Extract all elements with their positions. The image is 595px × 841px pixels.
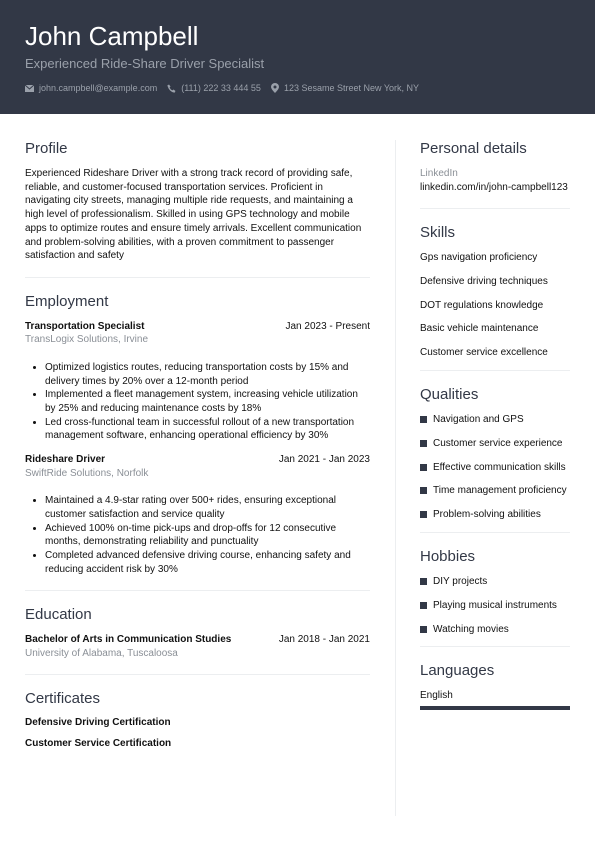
quality-item: Customer service experience <box>420 437 570 450</box>
degree: Bachelor of Arts in Communication Studie… <box>25 633 231 647</box>
contact-email[interactable]: john.campbell@example.com <box>25 83 157 93</box>
education-section: Education Bachelor of Arts in Communicat… <box>25 606 370 660</box>
hobby-label: Playing musical instruments <box>433 599 557 612</box>
job-role: Transportation Specialist <box>25 320 144 334</box>
section-separator <box>420 646 570 647</box>
square-bullet-icon <box>420 416 427 423</box>
school: University of Alabama, Tuscaloosa <box>25 647 370 661</box>
language-proficiency-fill <box>420 706 570 710</box>
skill-item: Customer service excellence <box>420 346 570 359</box>
quality-label: Time management proficiency <box>433 484 567 497</box>
education-entry: Bachelor of Arts in Communication Studie… <box>25 633 370 660</box>
section-heading-qualities: Qualities <box>420 386 570 403</box>
linkedin-label: LinkedIn <box>420 167 570 181</box>
certificate-item: Defensive Driving Certification <box>25 717 370 728</box>
profile-section: Profile Experienced Rideshare Driver wit… <box>25 140 370 263</box>
job-achievements: Maintained a 4.9-star rating over 500+ r… <box>45 494 370 576</box>
achievement-item: Completed advanced defensive driving cou… <box>45 549 370 576</box>
phone-icon <box>167 84 176 93</box>
candidate-title: Experienced Ride-Share Driver Specialist <box>25 56 264 71</box>
quality-item: Time management proficiency <box>420 484 570 497</box>
contact-phone[interactable]: (111) 222 33 444 55 <box>167 83 261 93</box>
achievement-item: Implemented a fleet management system, i… <box>45 388 370 415</box>
contact-address: 123 Sesame Street New York, NY <box>271 83 419 93</box>
section-separator <box>25 590 370 591</box>
education-dates: Jan 2018 - Jan 2021 <box>279 633 370 647</box>
section-heading-education: Education <box>25 606 370 623</box>
square-bullet-icon <box>420 511 427 518</box>
job-dates: Jan 2023 - Present <box>286 320 371 334</box>
hobby-item: DIY projects <box>420 575 570 588</box>
map-pin-icon <box>271 83 279 93</box>
language-proficiency-bar <box>420 706 570 710</box>
job-entry: Rideshare Driver Jan 2021 - Jan 2023 Swi… <box>25 453 370 576</box>
contact-email-text: john.campbell@example.com <box>39 83 157 93</box>
hobby-item: Watching movies <box>420 623 570 636</box>
envelope-icon <box>25 85 34 92</box>
square-bullet-icon <box>420 440 427 447</box>
hobby-label: DIY projects <box>433 575 487 588</box>
quality-label: Effective communication skills <box>433 461 566 474</box>
section-heading-hobbies: Hobbies <box>420 548 570 565</box>
languages-section: Languages English <box>420 662 570 710</box>
linkedin-link[interactable]: linkedin.com/in/john-campbell123 <box>420 181 570 195</box>
certificates-section: Certificates Defensive Driving Certifica… <box>25 690 370 749</box>
employment-section: Employment Transportation Specialist Jan… <box>25 293 370 576</box>
quality-label: Customer service experience <box>433 437 563 450</box>
job-achievements: Optimized logistics routes, reducing tra… <box>45 361 370 443</box>
quality-label: Problem-solving abilities <box>433 508 541 521</box>
column-divider <box>395 140 396 816</box>
job-role: Rideshare Driver <box>25 453 105 467</box>
skills-section: Skills Gps navigation proficiency Defens… <box>420 224 570 359</box>
skill-item: Basic vehicle maintenance <box>420 322 570 335</box>
main-column: Profile Experienced Rideshare Driver wit… <box>25 140 370 759</box>
quality-label: Navigation and GPS <box>433 413 524 426</box>
contact-bar: john.campbell@example.com (111) 222 33 4… <box>25 83 429 93</box>
section-heading-languages: Languages <box>420 662 570 679</box>
personal-details-section: Personal details LinkedIn linkedin.com/i… <box>420 140 570 194</box>
hobbies-section: Hobbies DIY projects Playing musical ins… <box>420 548 570 636</box>
language-name: English <box>420 689 570 702</box>
skill-item: Gps navigation proficiency <box>420 251 570 264</box>
square-bullet-icon <box>420 602 427 609</box>
quality-item: Problem-solving abilities <box>420 508 570 521</box>
job-company: SwiftRide Solutions, Norfolk <box>25 467 370 481</box>
quality-item: Navigation and GPS <box>420 413 570 426</box>
square-bullet-icon <box>420 578 427 585</box>
achievement-item: Achieved 100% on-time pick-ups and drop-… <box>45 522 370 549</box>
section-separator <box>420 208 570 209</box>
section-heading-skills: Skills <box>420 224 570 241</box>
candidate-name: John Campbell <box>25 21 198 52</box>
certificate-item: Customer Service Certification <box>25 738 370 749</box>
achievement-item: Led cross-functional team in successful … <box>45 416 370 443</box>
section-separator <box>25 277 370 278</box>
square-bullet-icon <box>420 487 427 494</box>
section-separator <box>25 674 370 675</box>
quality-item: Effective communication skills <box>420 461 570 474</box>
skill-item: DOT regulations knowledge <box>420 299 570 312</box>
section-separator <box>420 532 570 533</box>
achievement-item: Optimized logistics routes, reducing tra… <box>45 361 370 388</box>
section-separator <box>420 370 570 371</box>
resume-header: John Campbell Experienced Ride-Share Dri… <box>0 0 595 114</box>
job-entry: Transportation Specialist Jan 2023 - Pre… <box>25 320 370 443</box>
profile-summary: Experienced Rideshare Driver with a stro… <box>25 167 370 263</box>
section-heading-personal-details: Personal details <box>420 140 570 157</box>
hobby-label: Watching movies <box>433 623 509 636</box>
contact-phone-text: (111) 222 33 444 55 <box>181 83 261 93</box>
contact-address-text: 123 Sesame Street New York, NY <box>284 83 419 93</box>
job-dates: Jan 2021 - Jan 2023 <box>279 453 370 467</box>
section-heading-profile: Profile <box>25 140 370 157</box>
achievement-item: Maintained a 4.9-star rating over 500+ r… <box>45 494 370 521</box>
section-heading-certificates: Certificates <box>25 690 370 707</box>
skill-item: Defensive driving techniques <box>420 275 570 288</box>
section-heading-employment: Employment <box>25 293 370 310</box>
qualities-section: Qualities Navigation and GPS Customer se… <box>420 386 570 521</box>
square-bullet-icon <box>420 626 427 633</box>
job-company: TransLogix Solutions, Irvine <box>25 333 370 347</box>
square-bullet-icon <box>420 464 427 471</box>
hobby-item: Playing musical instruments <box>420 599 570 612</box>
sidebar-column: Personal details LinkedIn linkedin.com/i… <box>420 140 570 710</box>
